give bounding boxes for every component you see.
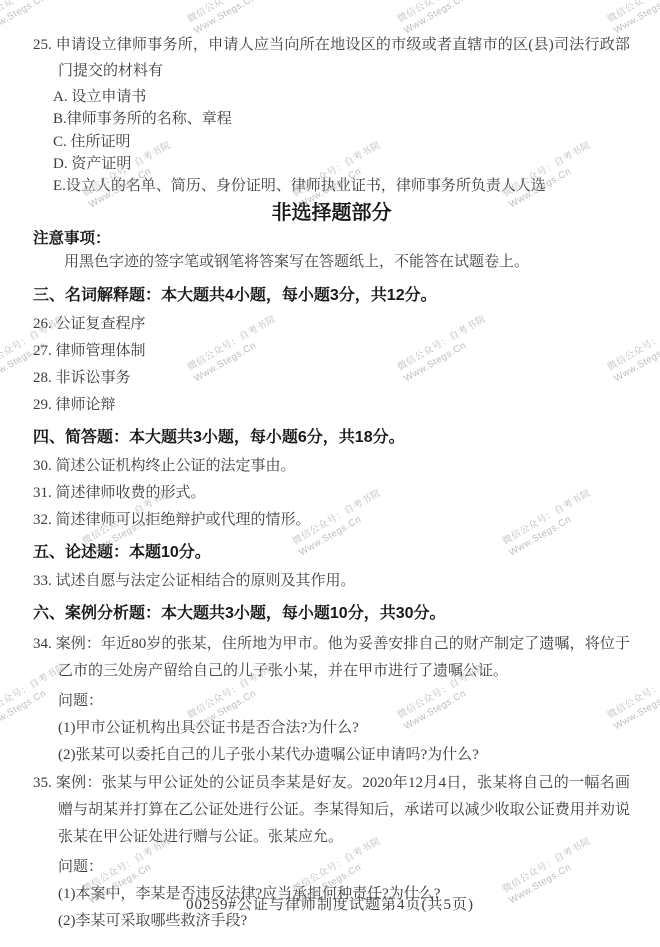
case-paragraph: 34. 案例：年近80岁的张某，住所地为甲市。他为妥善安排自己的财产制定了遗嘱，…	[33, 631, 630, 685]
question-item: 26. 公证复查程序	[33, 313, 630, 336]
notice-heading: 注意事项：	[33, 229, 630, 249]
answer-option: B.律师事务所的名称、章程	[53, 108, 630, 130]
section-heading: 六、案例分析题：本大题共3小题，每小题10分，共30分。	[33, 603, 630, 625]
section-heading: 四、简答题：本大题共3小题，每小题6分，共18分。	[33, 427, 630, 449]
watermark-line-1: 微信公众号：自考书院	[185, 0, 278, 26]
watermark-line-1: 微信公众号：自考书院	[605, 0, 660, 26]
sub-question-label: 问题：	[58, 689, 630, 714]
watermark-line-1: 微信公众号：自考书院	[395, 0, 488, 26]
answer-option: D. 资产证明	[53, 153, 630, 175]
section-heading: 三、名词解释题：本大题共4小题，每小题3分，共12分。	[33, 285, 630, 307]
question-item: 31. 简述律师收费的形式。	[33, 482, 630, 505]
sub-question-label: 问题：	[58, 855, 630, 880]
sub-question: (2)张某可以委托自己的儿子张小某代办遗嘱公证申请吗?为什么?	[58, 743, 630, 768]
part-heading: 非选择题部分	[33, 199, 630, 227]
question-item: 32. 简述律师可以拒绝辩护或代理的情形。	[33, 509, 630, 532]
question-item: 29. 律师论辩	[33, 394, 630, 417]
case-paragraph: 35. 案例：张某与甲公证处的公证员李某是好友。2020年12月4日，张某将自己…	[33, 770, 630, 851]
question-item: 28. 非诉讼事务	[33, 367, 630, 390]
watermark-line-1: 微信公众号：自考书院	[0, 0, 68, 26]
sub-question: (1)甲市公证机构出具公证书是否合法?为什么?	[58, 716, 630, 741]
question-paragraph: 25. 申请设立律师事务所，申请人应当向所在地设区的市级或者直辖市的区(县)司法…	[33, 32, 630, 84]
question-item: 30. 简述公证机构终止公证的法定事由。	[33, 455, 630, 478]
answer-option: A. 设立申请书	[53, 86, 630, 108]
exam-page: 微信公众号：自考书院Www.Stegs.Cn微信公众号：自考书院Www.Steg…	[0, 0, 660, 947]
question-item: 33. 试述自愿与法定公证相结合的原则及其作用。	[33, 570, 630, 593]
answer-option: C. 住所证明	[53, 131, 630, 153]
notice-text: 用黑色字迹的签字笔或钢笔将答案写在答题纸上，不能答在试题卷上。	[33, 249, 630, 275]
question-item: 27. 律师管理体制	[33, 340, 630, 363]
answer-option: E.设立人的名单、简历、身份证明、律师执业证书，律师事务所负责人人选	[53, 175, 630, 197]
page-footer: 00259#公证与律师制度试题第4页(共5页)	[0, 893, 660, 914]
section-heading: 五、论述题：本题10分。	[33, 542, 630, 564]
exam-content: 25. 申请设立律师事务所，申请人应当向所在地设区的市级或者直辖市的区(县)司法…	[33, 32, 630, 936]
